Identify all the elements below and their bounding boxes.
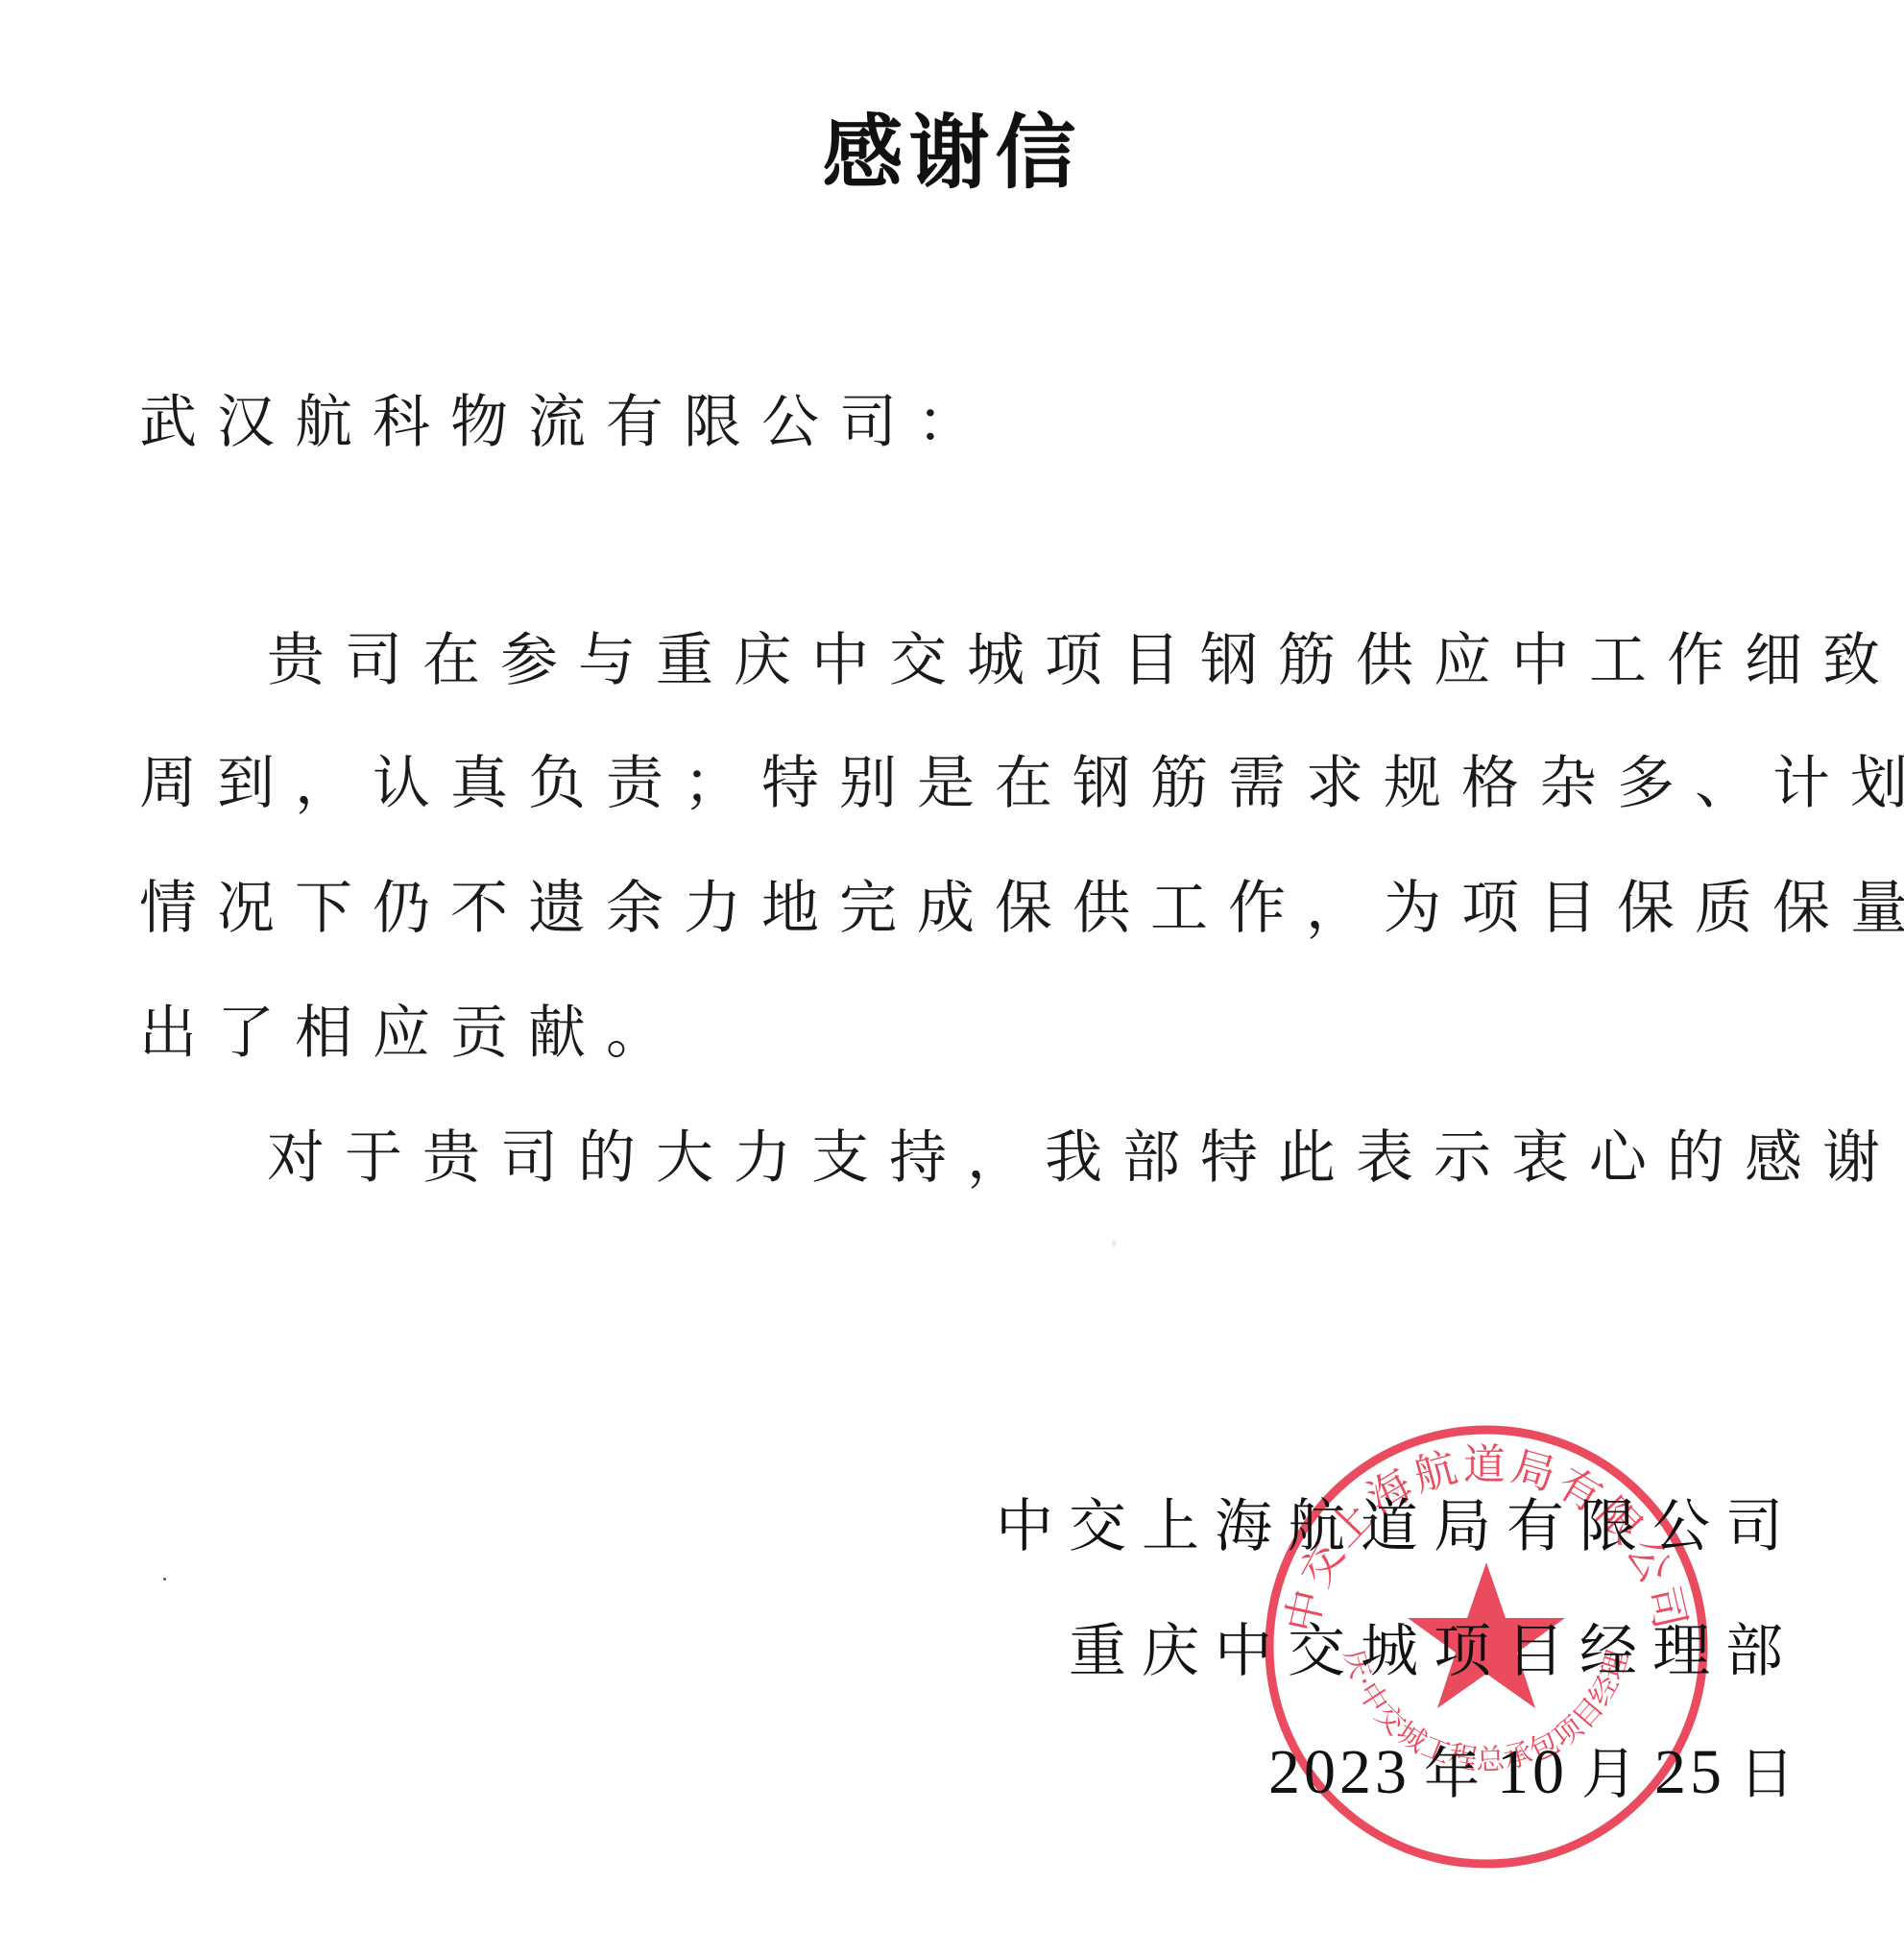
signature-department: 重庆中交城项目经理部 — [1069, 1606, 1798, 1688]
date-year: 2023 — [1268, 1737, 1410, 1807]
date-month-unit: 月 — [1581, 1741, 1641, 1806]
date-day-unit: 日 — [1739, 1741, 1798, 1806]
date-year-unit: 年 — [1424, 1741, 1483, 1806]
date-month: 10 — [1497, 1737, 1568, 1807]
body-line-5: 对于贵司的大力支持，我部特此表示衷心的感谢！ — [267, 1112, 1904, 1195]
body-line-4: 出了相应贡献。 — [139, 987, 684, 1070]
salutation: 武汉航科物流有限公司： — [139, 376, 995, 459]
scan-speck — [163, 1578, 166, 1581]
scan-speck — [1112, 1241, 1117, 1246]
body-line-1: 贵司在参与重庆中交城项目钢筋供应中工作细致，服务 — [267, 615, 1904, 697]
signature-date: 2023年10月25日 — [1255, 1728, 1798, 1809]
letter-title: 感谢信 — [0, 88, 1904, 205]
letter-page: 感谢信 武汉航科物流有限公司： 贵司在参与重庆中交城项目钢筋供应中工作细致，服务… — [0, 0, 1904, 1956]
date-day: 25 — [1654, 1737, 1725, 1807]
body-line-2: 周到，认真负责；特别是在钢筋需求规格杂多、计划零散的 — [139, 737, 1904, 820]
signature-organization: 中交上海航道局有限公司 — [996, 1481, 1798, 1563]
body-line-3: 情况下仍不遗余力地完成保供工作，为项目保质保量完工作 — [139, 862, 1904, 945]
